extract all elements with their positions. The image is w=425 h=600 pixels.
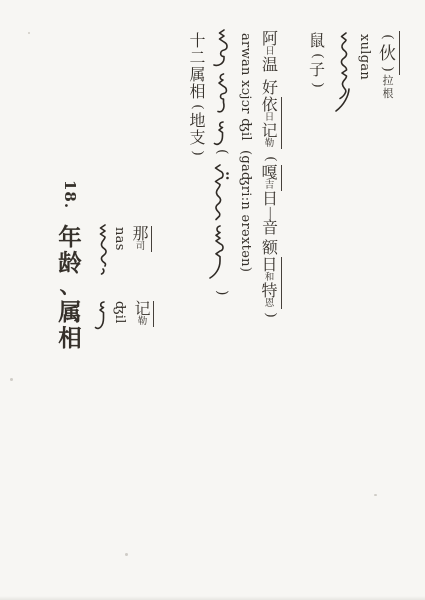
chinese-meaning-rat: 鼠(子) bbox=[305, 33, 329, 91]
scan-speck bbox=[10, 378, 13, 381]
romanization-twelve-zodiac-paren: (gaʤri:n ərəxtən) bbox=[239, 150, 252, 272]
chinese-transcription-rat: (伙)拉根 bbox=[376, 31, 400, 101]
mongolian-script-xulgan bbox=[332, 31, 358, 113]
scan-speck bbox=[28, 32, 30, 34]
script-paren-close: ) bbox=[215, 290, 228, 296]
chinese-meaning-twelve-zodiac: 十二属相(地支) bbox=[187, 33, 208, 159]
romanization-rat: xulgan bbox=[358, 34, 371, 80]
page-bottom-shadow bbox=[0, 596, 425, 600]
romanization-nas: nas bbox=[113, 227, 126, 251]
chinese-transcription-twelve-zodiac: 阿日温好依日记勒(嘎吉日—音额日和特恩) bbox=[258, 31, 282, 321]
scan-speck bbox=[374, 494, 377, 496]
mongolian-script-jil bbox=[92, 300, 114, 336]
mongolian-script-arwan-xojor-jil bbox=[210, 28, 236, 150]
section-heading: 18.年龄、属相 bbox=[56, 182, 84, 353]
chinese-transcription-nas: 那司 bbox=[130, 226, 152, 252]
mongolian-script-gajriin-erexten bbox=[206, 162, 234, 290]
romanization-twelve-zodiac: arwan xɔjɔr ʤil bbox=[239, 33, 252, 141]
scan-speck bbox=[125, 553, 128, 556]
mongolian-comma bbox=[102, 269, 104, 274]
script-paren-open: ( bbox=[215, 149, 228, 155]
chinese-transcription-jil: 记勒 bbox=[132, 301, 154, 327]
romanization-jil: ʤil bbox=[113, 301, 126, 324]
textbook-page: 18.年龄、属相 nas 那司 ʤil 记勒 十二属相(地支) ( bbox=[0, 0, 425, 600]
